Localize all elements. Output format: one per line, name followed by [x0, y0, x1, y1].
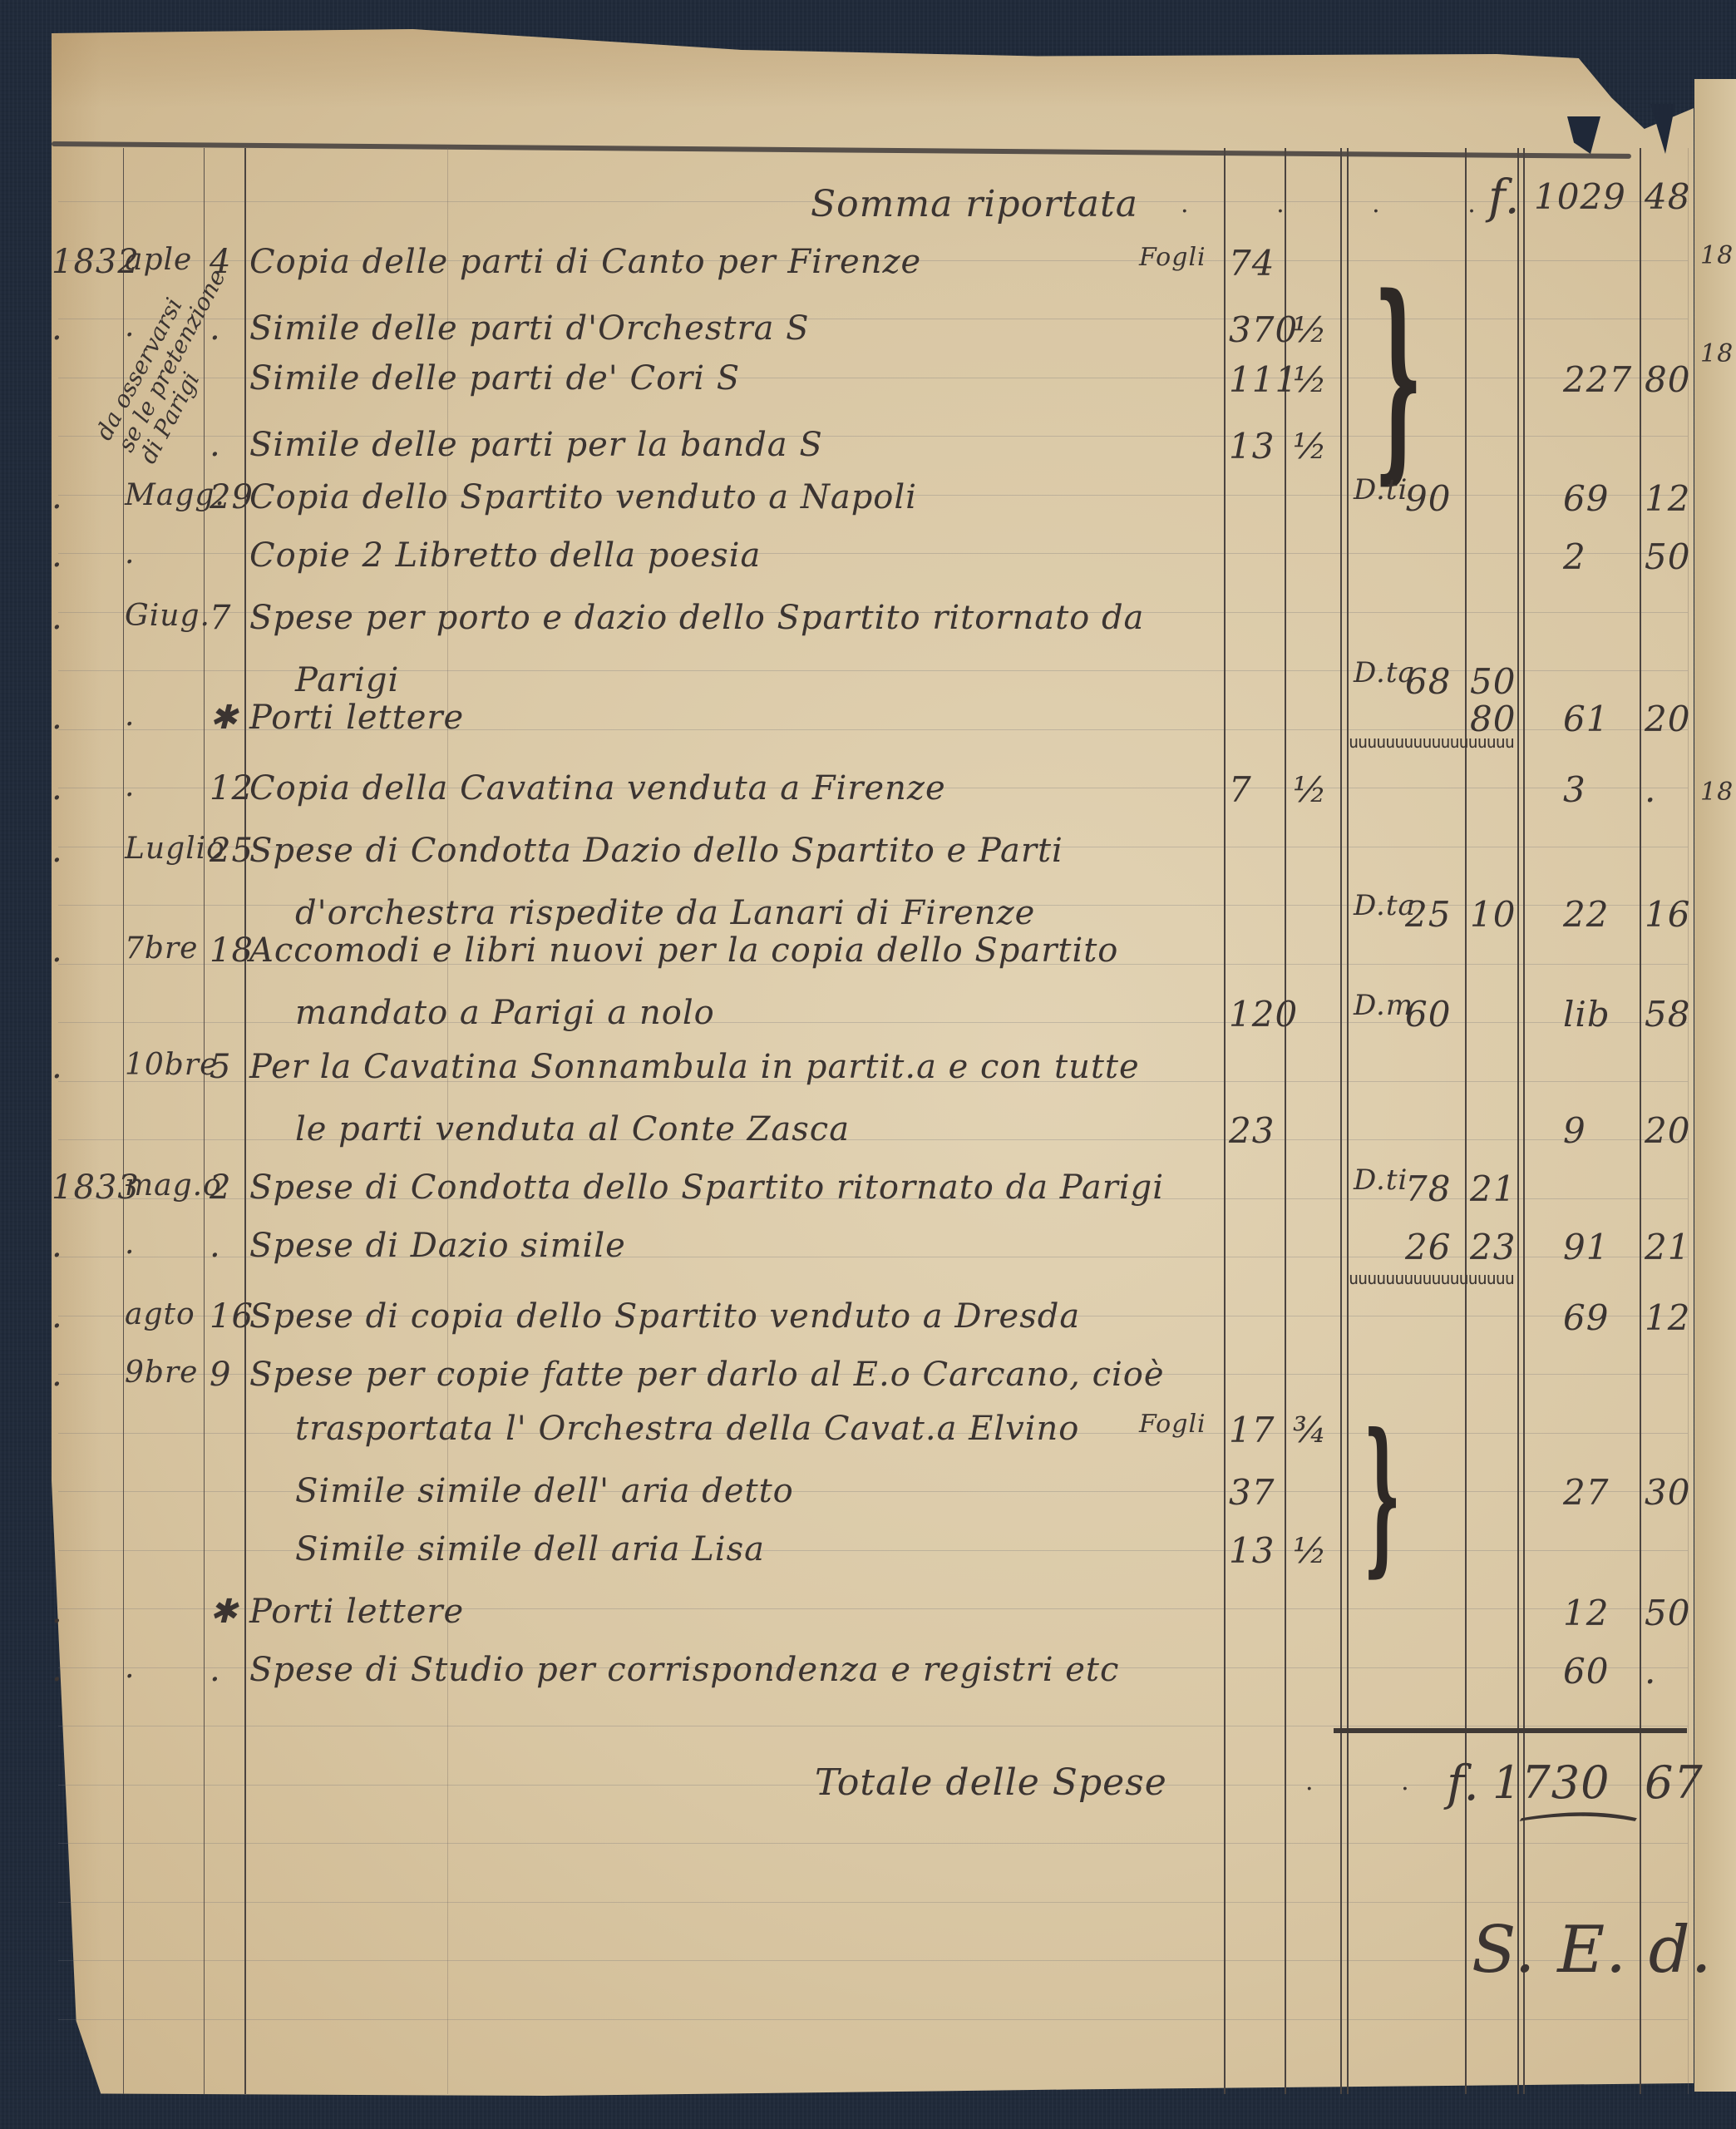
entry-fogli: 23 — [1229, 1110, 1275, 1151]
entry-description: mandato a Parigi a nolo — [295, 994, 715, 1032]
col-rule-month — [204, 148, 205, 2094]
entry-fogli: 120 — [1229, 994, 1298, 1035]
total-flourish: ⁀ — [1501, 1813, 1607, 1871]
col-rule-fraction — [1285, 148, 1286, 2094]
entry-subtotal: 26 — [1405, 1227, 1451, 1267]
entry-year: . — [52, 1651, 63, 1689]
entry-month: . — [125, 309, 135, 343]
entry-day: 18 — [210, 931, 254, 970]
subtotal-underline: uuuuuuuuuuuuuuuuuu — [1349, 1268, 1514, 1288]
ruling-line — [58, 1902, 1688, 1903]
entry-description: Accomodi e libri nuovi per la copia dell… — [249, 931, 1118, 970]
carried-forward-lire: 1029 — [1534, 176, 1626, 217]
entry-lire: 69 — [1563, 478, 1609, 519]
entry-description: Simile delle parti per la banda S — [249, 426, 823, 464]
entry-description: Spese di copia dello Spartito venduto a … — [249, 1297, 1080, 1336]
entry-unit: Fogli — [1139, 243, 1206, 272]
total-currency: f. — [1447, 1755, 1480, 1811]
entry-day: . — [210, 426, 221, 464]
carried-forward-label: Somma riportata — [811, 183, 1138, 225]
entry-cent: 80 — [1645, 359, 1690, 400]
col-rule-day — [244, 148, 246, 2094]
entry-day: 7 — [210, 599, 231, 637]
entry-year: . — [52, 478, 63, 516]
entry-month: 10bre — [125, 1048, 218, 1082]
entry-year: . — [52, 931, 63, 970]
entry-description: Per la Cavatina Sonnambula in partit.a e… — [249, 1048, 1140, 1086]
entry-month: . — [125, 1227, 135, 1261]
entry-subtotal: 78 — [1405, 1168, 1451, 1209]
entry-cent: 12 — [1645, 1297, 1690, 1338]
entry-fraction: ½ — [1293, 309, 1328, 350]
adjacent-page-fragment: 18 — [1700, 778, 1734, 807]
entry-year: . — [52, 832, 63, 870]
entry-fraction: ½ — [1293, 769, 1328, 810]
entry-sub-mark: D.ti — [1354, 473, 1408, 506]
entry-description: Parigi — [295, 661, 399, 699]
entry-year: . — [52, 1227, 63, 1265]
entry-month: 7bre — [125, 931, 198, 966]
entry-cent: 16 — [1645, 894, 1690, 935]
adjacent-page-fragment: 18 — [1700, 339, 1734, 368]
entry-cent: 58 — [1645, 994, 1690, 1035]
ruling-line — [58, 2019, 1688, 2020]
entry-month: . — [125, 699, 135, 733]
entry-fogli: 111 — [1229, 359, 1298, 400]
entry-description: Spese per copie fatte per darlo al E.o C… — [249, 1356, 1165, 1394]
total-label: Totale delle Spese — [815, 1761, 1167, 1804]
entry-description: Spese di Dazio simile — [249, 1227, 626, 1265]
entry-description: Spese di Studio per corrispondenza e reg… — [249, 1651, 1119, 1689]
entry-description: Simile delle parti d'Orchestra S — [249, 309, 810, 348]
entry-lire: 2 — [1563, 536, 1586, 577]
entry-description: Simile simile dell' aria detto — [295, 1472, 794, 1510]
carried-forward-cent: 48 — [1645, 176, 1690, 217]
entry-cent: 20 — [1645, 1110, 1690, 1151]
entry-description: d'orchestra rispedite da Lanari di Firen… — [295, 894, 1035, 932]
entry-year: . — [52, 309, 63, 348]
entry-fogli: 13 — [1229, 426, 1275, 467]
entry-sub-mark: D.ti — [1354, 1163, 1408, 1197]
entry-year: . — [52, 1593, 63, 1631]
entry-lire: lib — [1563, 994, 1610, 1035]
entry-lire: 227 — [1563, 359, 1632, 400]
entry-subtotal: 68 — [1405, 661, 1451, 702]
entry-day: 12 — [210, 769, 254, 808]
entry-subtotal-cent: 10 — [1470, 894, 1516, 935]
total-rule — [1334, 1728, 1687, 1733]
entry-lire: 22 — [1563, 894, 1609, 935]
entry-day: 4 — [210, 243, 231, 281]
entry-fogli: 37 — [1229, 1472, 1275, 1513]
entry-fogli: 370 — [1229, 309, 1298, 350]
entry-year: . — [52, 1048, 63, 1086]
entry-description: trasportata l' Orchestra della Cavat.a E… — [295, 1410, 1079, 1448]
brace-bracket: } — [1374, 249, 1423, 503]
col-rule-sub-b — [1347, 148, 1349, 2094]
entry-lire: 69 — [1563, 1297, 1609, 1338]
entry-description: Copia della Cavatina venduta a Firenze — [249, 769, 946, 808]
ruling-line — [58, 1726, 1688, 1726]
entry-description: le parti venduta al Conte Zasca — [295, 1110, 850, 1148]
entry-fraction: ½ — [1293, 359, 1328, 400]
entry-day: ✱ — [210, 699, 239, 737]
entry-lire: 12 — [1563, 1593, 1609, 1633]
entry-subtotal-cent: 23 — [1470, 1227, 1516, 1267]
entry-description: Copie 2 Libretto della poesia — [249, 536, 761, 575]
entry-cent: 50 — [1645, 536, 1690, 577]
entry-day: 5 — [210, 1048, 231, 1086]
entry-month: agto — [125, 1297, 195, 1331]
entry-fraction: ½ — [1293, 426, 1328, 467]
entry-subtotal: 25 — [1405, 894, 1451, 935]
entry-day: 2 — [210, 1168, 231, 1207]
entry-cent: 30 — [1645, 1472, 1690, 1513]
entry-description: Simile simile dell aria Lisa — [295, 1530, 765, 1568]
entry-description: Simile delle parti de' Cori S — [249, 359, 740, 398]
entry-lire: 60 — [1563, 1651, 1609, 1692]
entry-day: . — [210, 309, 221, 348]
entry-lire: 9 — [1563, 1110, 1586, 1151]
entry-description: Porti lettere — [249, 1593, 464, 1631]
entry-day: 29 — [210, 478, 254, 516]
entry-description: Copia delle parti di Canto per Firenze — [249, 243, 921, 281]
entry-lire: 3 — [1563, 769, 1586, 810]
entry-cent: 12 — [1645, 478, 1690, 519]
entry-month: . — [125, 536, 135, 571]
entry-subtotal-cent: 50 — [1470, 661, 1516, 702]
entry-subtotal: 60 — [1405, 994, 1451, 1035]
entry-unit: Fogli — [1139, 1410, 1206, 1439]
entry-day: ✱ — [210, 1593, 239, 1631]
total-cent: 67 — [1645, 1756, 1704, 1809]
entry-month: . — [125, 1651, 135, 1685]
entry-year: . — [52, 699, 63, 737]
entry-month: Giug. — [125, 599, 210, 633]
entry-subtotal-cent: 21 — [1470, 1168, 1516, 1209]
entry-cent: 50 — [1645, 1593, 1690, 1633]
entry-day: 9 — [210, 1356, 231, 1394]
entry-fraction: ½ — [1293, 1530, 1328, 1571]
entry-description: Copia dello Spartito venduto a Napoli — [249, 478, 917, 516]
leader-dots: . . . . — [1181, 190, 1516, 219]
entry-month: mag.o — [125, 1168, 222, 1203]
entry-fogli: 74 — [1229, 243, 1275, 284]
entry-lire: 91 — [1563, 1227, 1609, 1267]
subtotal-underline: uuuuuuuuuuuuuuuuuu — [1349, 732, 1514, 752]
col-rule-sub-a — [1340, 148, 1342, 2094]
ruling-line — [58, 1843, 1688, 1844]
entry-cent: 21 — [1645, 1227, 1690, 1267]
signature: S. E. d. — [1472, 1913, 1713, 1988]
entry-cent: . — [1645, 1651, 1656, 1692]
entry-description: Spese per porto e dazio dello Spartito r… — [249, 599, 1144, 637]
entry-year: . — [52, 536, 63, 575]
entry-day: . — [210, 1227, 221, 1265]
brace-bracket: } — [1364, 1397, 1401, 1593]
entry-description: Spese di Condotta dello Spartito ritorna… — [249, 1168, 1164, 1207]
carried-forward-currency: f. — [1488, 170, 1521, 225]
entry-year: . — [52, 599, 63, 637]
entry-cent: . — [1645, 769, 1656, 810]
entry-fogli: 17 — [1229, 1410, 1275, 1450]
col-rule-cent — [1640, 148, 1641, 2094]
entry-lire: 61 — [1563, 699, 1609, 739]
entry-fogli: 13 — [1229, 1530, 1275, 1571]
entry-description: Spese di Condotta Dazio dello Spartito e… — [249, 832, 1063, 870]
entry-day: 25 — [210, 832, 254, 870]
adjacent-page-fragment: 18 — [1700, 241, 1734, 270]
entry-lire: 27 — [1563, 1472, 1609, 1513]
entry-year: . — [52, 1297, 63, 1336]
entry-year: . — [52, 1356, 63, 1394]
entry-subtotal: 90 — [1405, 478, 1451, 519]
total-lire: 1730 — [1492, 1756, 1610, 1809]
ruling-line — [58, 1960, 1688, 1961]
entry-fogli: 7 — [1229, 769, 1252, 810]
entry-day: 16 — [210, 1297, 254, 1336]
entry-month: 9bre — [125, 1356, 198, 1390]
entry-cent: 20 — [1645, 699, 1690, 739]
entry-year: . — [52, 769, 63, 808]
col-rule-fogli — [1224, 148, 1226, 2094]
leader-dots: . . — [1305, 1767, 1449, 1796]
entry-description: Porti lettere — [249, 699, 464, 737]
entry-month: aple — [125, 243, 192, 277]
entry-fraction: ¾ — [1293, 1410, 1328, 1450]
entry-day: . — [210, 1651, 221, 1689]
entry-month: . — [125, 769, 135, 803]
